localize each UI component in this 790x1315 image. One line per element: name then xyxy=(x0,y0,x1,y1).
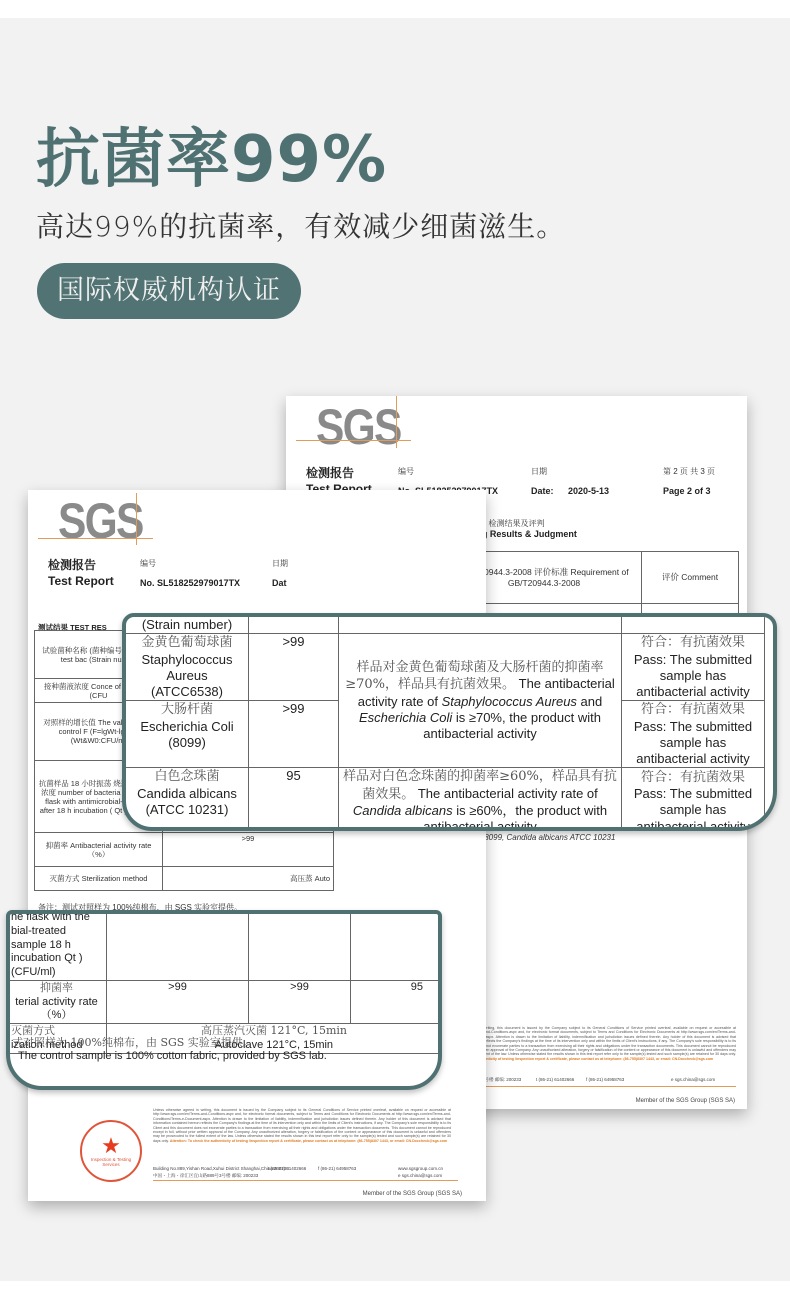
magnified-summary-table: he flask with the bial-treated sample 18… xyxy=(6,910,442,1090)
magnified-results-table: (Strain number) 金黄色葡萄球菌Staphylococcus Au… xyxy=(122,613,777,831)
requirement-cell: 样品对白色念珠菌的抑菌率≥60%，样品具有抗菌效果。 The antibacte… xyxy=(339,768,622,831)
date-label: Date: xyxy=(531,486,554,496)
date-label-cn: 日期 xyxy=(272,558,288,569)
sgs-logo: SGS xyxy=(316,398,401,456)
certification-badge: 国际权威机构认证 xyxy=(37,263,301,319)
date-label-cn: 日期 xyxy=(531,466,547,477)
legal-text: Unless otherwise agreed in writing, this… xyxy=(153,1108,451,1143)
page-cn: 第 2 页 共 3 页 xyxy=(663,466,715,477)
table-row: 金黄色葡萄球菌Staphylococcus Aureus(ATCC6538) >… xyxy=(126,634,765,701)
telephone: t (86-21) 61402666 xyxy=(536,1077,574,1082)
footer-rule xyxy=(153,1180,458,1181)
report-title-cn: 检测报告 xyxy=(48,556,96,573)
email: e sgs.china@sgs.com xyxy=(398,1173,442,1178)
page-number: Page 2 of 3 xyxy=(663,486,711,496)
subheadline: 高达99%的抗菌率，有效减少细菌滋生。 xyxy=(36,205,565,245)
report-page-1: SGS 检测报告 Test Report 编号 No. SL5182529790… xyxy=(28,490,486,1201)
logo-rule xyxy=(296,440,411,441)
address-cn: 中国・上海・徐汇区宜山路889号3号楼 邮编: 200233 xyxy=(153,1173,258,1179)
sgs-logo: SGS xyxy=(58,492,143,550)
table-row: 白色念珠菌 Candida albicans(ATCC 10231) 95 样品… xyxy=(126,768,765,831)
fax: f (86-21) 64958763 xyxy=(586,1077,624,1082)
star-icon: ★ xyxy=(82,1135,140,1157)
website: www.sgsgroup.com.cn xyxy=(398,1166,443,1171)
report-number: No. SL518252979017TX xyxy=(140,578,240,588)
number-label: 编号 xyxy=(398,466,414,477)
report-date: 2020-5-13 xyxy=(568,486,609,496)
member-line: Member of the SGS Group (SGS SA) xyxy=(636,1098,735,1104)
number-label: 编号 xyxy=(140,558,156,569)
date-label: Dat xyxy=(272,578,287,588)
member-line: Member of the SGS Group (SGS SA) xyxy=(363,1191,462,1197)
report-title-en: Test Report xyxy=(48,574,114,588)
requirement-cell: 样品对金黄色葡萄球菌及大肠杆菌的抑菌率≥70%，样品具有抗菌效果。 The an… xyxy=(339,634,622,768)
fax: f (86-21) 64958763 xyxy=(318,1166,356,1171)
control-sample-note: 式对照样为 100%纯棉布，由 SGS 实验室提供。 The control s… xyxy=(12,1034,327,1062)
report-title-cn: 检测报告 xyxy=(306,464,354,481)
telephone: t (86-21) 61402666 xyxy=(268,1166,306,1171)
logo-rule-vertical xyxy=(136,493,137,545)
email: e sgs.china@sgs.com xyxy=(671,1077,715,1082)
table-row: 抑菌率terial activity rate（%） >99 >99 95 xyxy=(7,980,442,1023)
headline: 抗菌率99% xyxy=(36,120,387,200)
official-stamp: ★ Inspection & Testing Services xyxy=(80,1120,142,1182)
logo-rule-vertical xyxy=(396,396,397,448)
